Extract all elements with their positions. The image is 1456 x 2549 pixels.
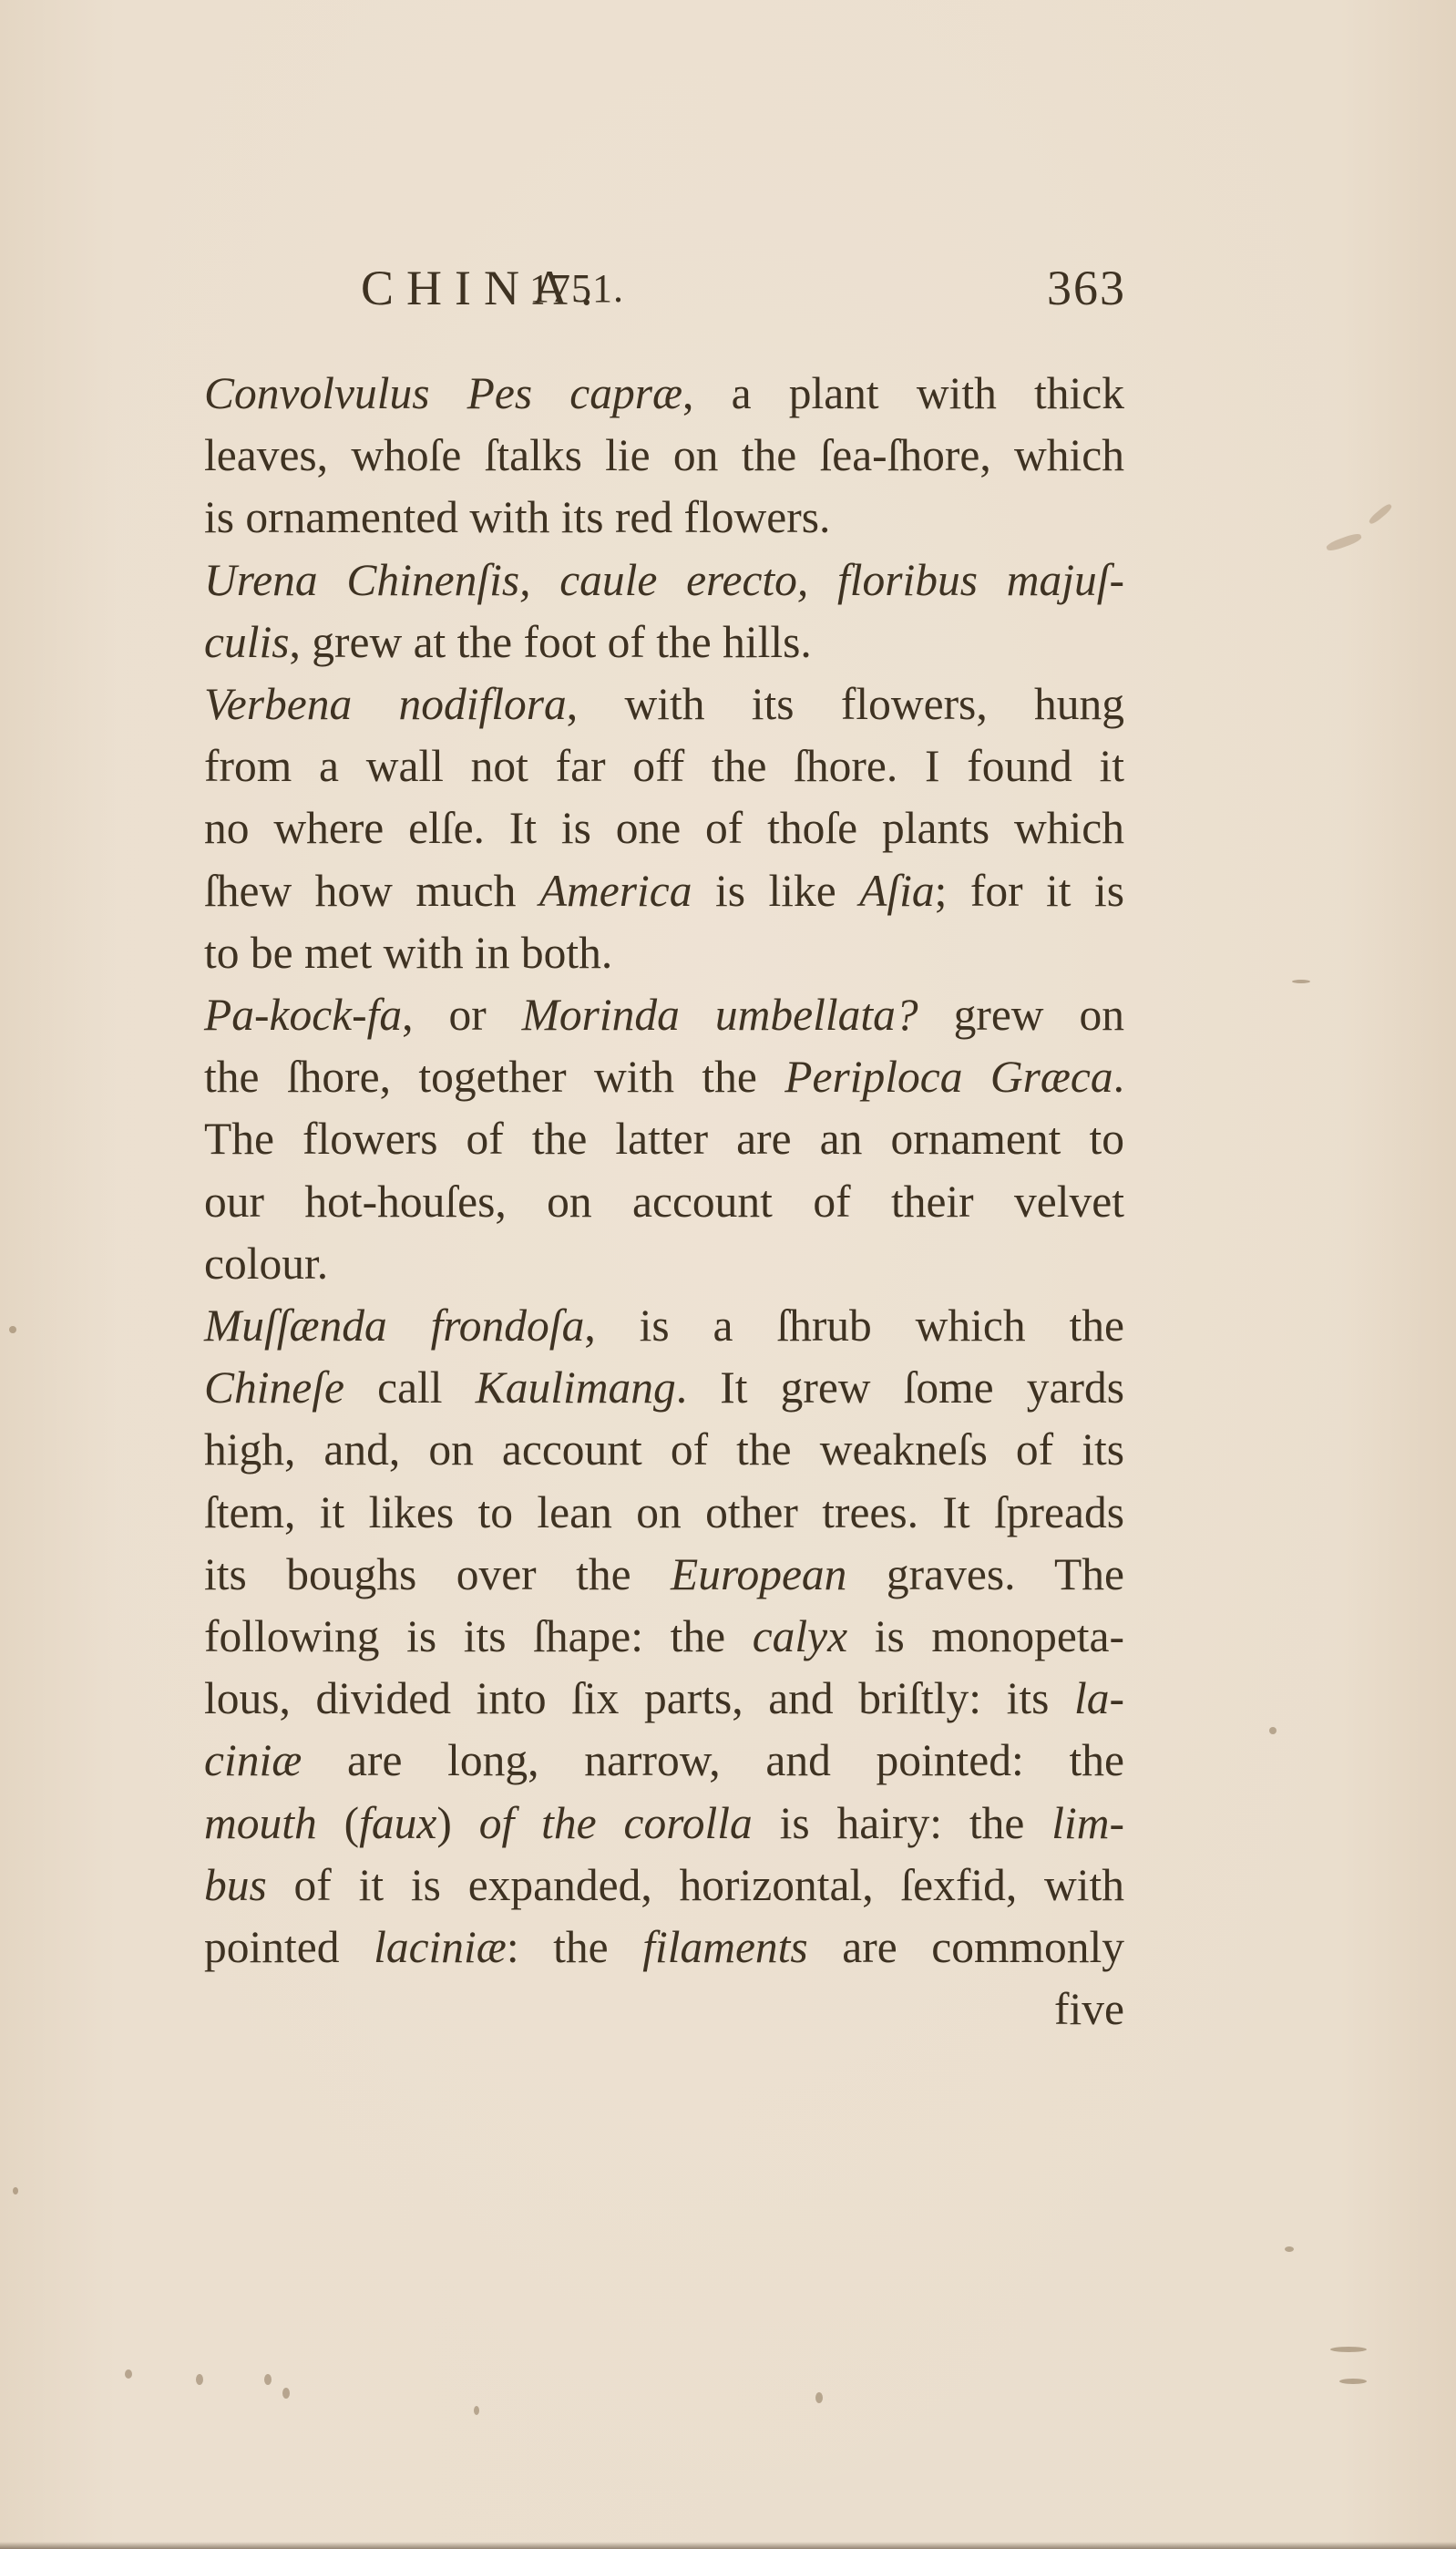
text-run: , or: [402, 990, 522, 1040]
text-line: Pa-kock-fa, or Morinda umbellata? grew o…: [160, 984, 1124, 1046]
text-run: call: [344, 1362, 476, 1413]
text-line: the ſhore, together with the Periploca G…: [160, 1046, 1124, 1108]
text-run: from a wall not far off the ſhore. I fou…: [204, 741, 1124, 791]
text-line: is ornamented with its red flowers.: [160, 487, 1124, 549]
italic-term: culis: [204, 617, 290, 667]
text-run: , is a ſhrub which the: [584, 1300, 1124, 1351]
page-number: 363: [1047, 260, 1126, 316]
text-run: pointed: [204, 1922, 374, 1972]
text-run: to be met with in both.: [204, 928, 612, 978]
italic-term: European: [671, 1549, 846, 1599]
text-line: from a wall not far off the ſhore. I fou…: [160, 735, 1124, 797]
paper-blemish: [1368, 502, 1393, 525]
paper-speck: [125, 2369, 132, 2379]
paragraph: Muſſænda frondoſa, is a ſhrub which theC…: [160, 1295, 1124, 1979]
italic-term: filaments: [642, 1922, 808, 1972]
italic-term: mouth: [204, 1798, 317, 1848]
text-run: of it is expanded, horizontal, ſexfid, w…: [267, 1860, 1124, 1910]
paper-speck: [13, 2187, 18, 2194]
text-run: , with its flowers, hung: [567, 679, 1124, 729]
text-line: no where elſe. It is one of thoſe plants…: [160, 797, 1124, 859]
paper-speck: [1292, 980, 1310, 983]
italic-term: faux: [359, 1798, 436, 1848]
text-line: our hot-houſes, on account of their velv…: [160, 1171, 1124, 1233]
text-run: high, and, on account of the weakneſs of…: [204, 1424, 1124, 1475]
italic-term: America: [539, 866, 692, 916]
paper-speck: [1339, 2379, 1367, 2384]
paper-speck: [1285, 2246, 1294, 2252]
italic-term: Pa-kock-fa: [204, 990, 402, 1040]
text-run: is ornamented with its red flowers.: [204, 492, 830, 542]
text-run: The flowers of the latter are an ornamen…: [204, 1114, 1124, 1164]
text-run: : the: [507, 1922, 642, 1972]
text-run: no where elſe. It is one of thoſe plants…: [204, 803, 1124, 853]
italic-term: Muſſænda frondoſa: [204, 1300, 584, 1351]
text-run: ſhew how much: [204, 866, 539, 916]
text-line: Chineſe call Kaulimang. It grew ſome yar…: [160, 1357, 1124, 1419]
italic-term: of the corolla: [479, 1798, 753, 1848]
text-line: leaves, whoſe ſtalks lie on the ſea-ſhor…: [160, 425, 1124, 487]
paragraph: Urena Chinenſis, caule erecto, floribus …: [160, 550, 1124, 673]
text-line: The flowers of the latter are an ornamen…: [160, 1108, 1124, 1170]
text-run: is hairy: the: [753, 1798, 1052, 1848]
text-line: bus of it is expanded, horizontal, ſexfi…: [160, 1855, 1124, 1917]
text-line: Urena Chinenſis, caule erecto, floribus …: [160, 550, 1124, 612]
text-run: (: [317, 1798, 359, 1848]
italic-term: Morinda umbellata?: [522, 990, 918, 1040]
paper-speck: [264, 2374, 272, 2385]
text-run: leaves, whoſe ſtalks lie on the ſea-ſhor…: [204, 430, 1124, 480]
text-line: culis, grew at the foot of the hills.: [160, 612, 1124, 673]
italic-term: Aſia: [859, 866, 935, 916]
text-line: pointed laciniæ: the filaments are commo…: [160, 1917, 1124, 1979]
italic-term: la-: [1074, 1673, 1124, 1723]
paper-speck: [282, 2388, 290, 2399]
text-line: Convolvulus Pes capræ, a plant with thic…: [160, 363, 1124, 425]
italic-term: Convolvulus Pes capræ: [204, 368, 682, 418]
text-run: ): [436, 1798, 478, 1848]
text-run: lous, divided into ſix parts, and briſtl…: [204, 1673, 1074, 1723]
italic-term: bus: [204, 1860, 267, 1910]
italic-term: Chineſe: [204, 1362, 344, 1413]
text-run: ; for it is: [935, 866, 1124, 916]
paper-speck: [196, 2374, 203, 2385]
text-line: ciniæ are long, narrow, and pointed: the: [160, 1730, 1124, 1792]
paper-speck: [1330, 2347, 1367, 2352]
text-run: .: [1113, 1052, 1124, 1102]
paper-speck: [1269, 1727, 1277, 1734]
body-text: Convolvulus Pes capræ, a plant with thic…: [160, 363, 1124, 2040]
paragraph: Convolvulus Pes capræ, a plant with thic…: [160, 363, 1124, 550]
paragraph: Verbena nodiflora, with its flowers, hun…: [160, 673, 1124, 984]
text-run: following is its ſhape: the: [204, 1611, 753, 1661]
text-run: , a plant with thick: [682, 368, 1124, 418]
text-run: colour.: [204, 1239, 328, 1289]
text-run: graves. The: [846, 1549, 1124, 1599]
header-year: 1751.: [529, 265, 624, 312]
italic-term: Urena Chinenſis, caule erecto, floribus …: [204, 555, 1124, 605]
paper-blemish: [1325, 531, 1362, 552]
italic-term: Verbena nodiflora: [204, 679, 567, 729]
text-line: mouth (faux) of the corolla is hairy: th…: [160, 1793, 1124, 1855]
text-line: ſhew how much America is like Aſia; for …: [160, 860, 1124, 922]
text-run: , grew at the foot of the hills.: [290, 617, 812, 667]
book-page: CHINA. 1751. 363 Convolvulus Pes capræ, …: [0, 0, 1456, 2549]
italic-term: ciniæ: [204, 1735, 302, 1785]
text-run: our hot-houſes, on account of their velv…: [204, 1177, 1124, 1227]
catchword: five: [160, 1979, 1124, 2040]
text-line: its boughs over the European graves. The: [160, 1544, 1124, 1606]
text-run: grew on: [918, 990, 1124, 1040]
text-run: ſtem, it likes to lean on other trees. I…: [204, 1487, 1124, 1537]
paper-speck: [9, 1326, 16, 1333]
text-line: Verbena nodiflora, with its flowers, hun…: [160, 673, 1124, 735]
italic-term: Kaulimang: [476, 1362, 676, 1413]
text-line: to be met with in both.: [160, 922, 1124, 984]
italic-term: calyx: [753, 1611, 847, 1661]
text-line: ſtem, it likes to lean on other trees. I…: [160, 1482, 1124, 1544]
text-line: lous, divided into ſix parts, and briſtl…: [160, 1668, 1124, 1730]
text-line: Muſſænda frondoſa, is a ſhrub which the: [160, 1295, 1124, 1357]
text-line: following is its ſhape: the calyx is mon…: [160, 1606, 1124, 1668]
paper-speck: [474, 2406, 479, 2415]
text-run: is monopeta-: [847, 1611, 1124, 1661]
text-line: high, and, on account of the weakneſs of…: [160, 1419, 1124, 1481]
paragraph: Pa-kock-fa, or Morinda umbellata? grew o…: [160, 984, 1124, 1295]
italic-term: lim-: [1051, 1798, 1124, 1848]
running-header: CHINA. 1751. 363: [361, 260, 1126, 324]
italic-term: Periploca Græca: [784, 1052, 1113, 1102]
text-run: are long, narrow, and pointed: the: [302, 1735, 1124, 1785]
text-run: are commonly: [808, 1922, 1124, 1972]
text-run: its boughs over the: [204, 1549, 671, 1599]
page-bottom-edge: [0, 2542, 1456, 2549]
text-run: is like: [692, 866, 860, 916]
text-run: the ſhore, together with the: [204, 1052, 784, 1102]
text-run: . It grew ſome yards: [676, 1362, 1124, 1413]
text-line: colour.: [160, 1233, 1124, 1295]
paper-speck: [815, 2392, 823, 2403]
italic-term: laciniæ: [374, 1922, 507, 1972]
